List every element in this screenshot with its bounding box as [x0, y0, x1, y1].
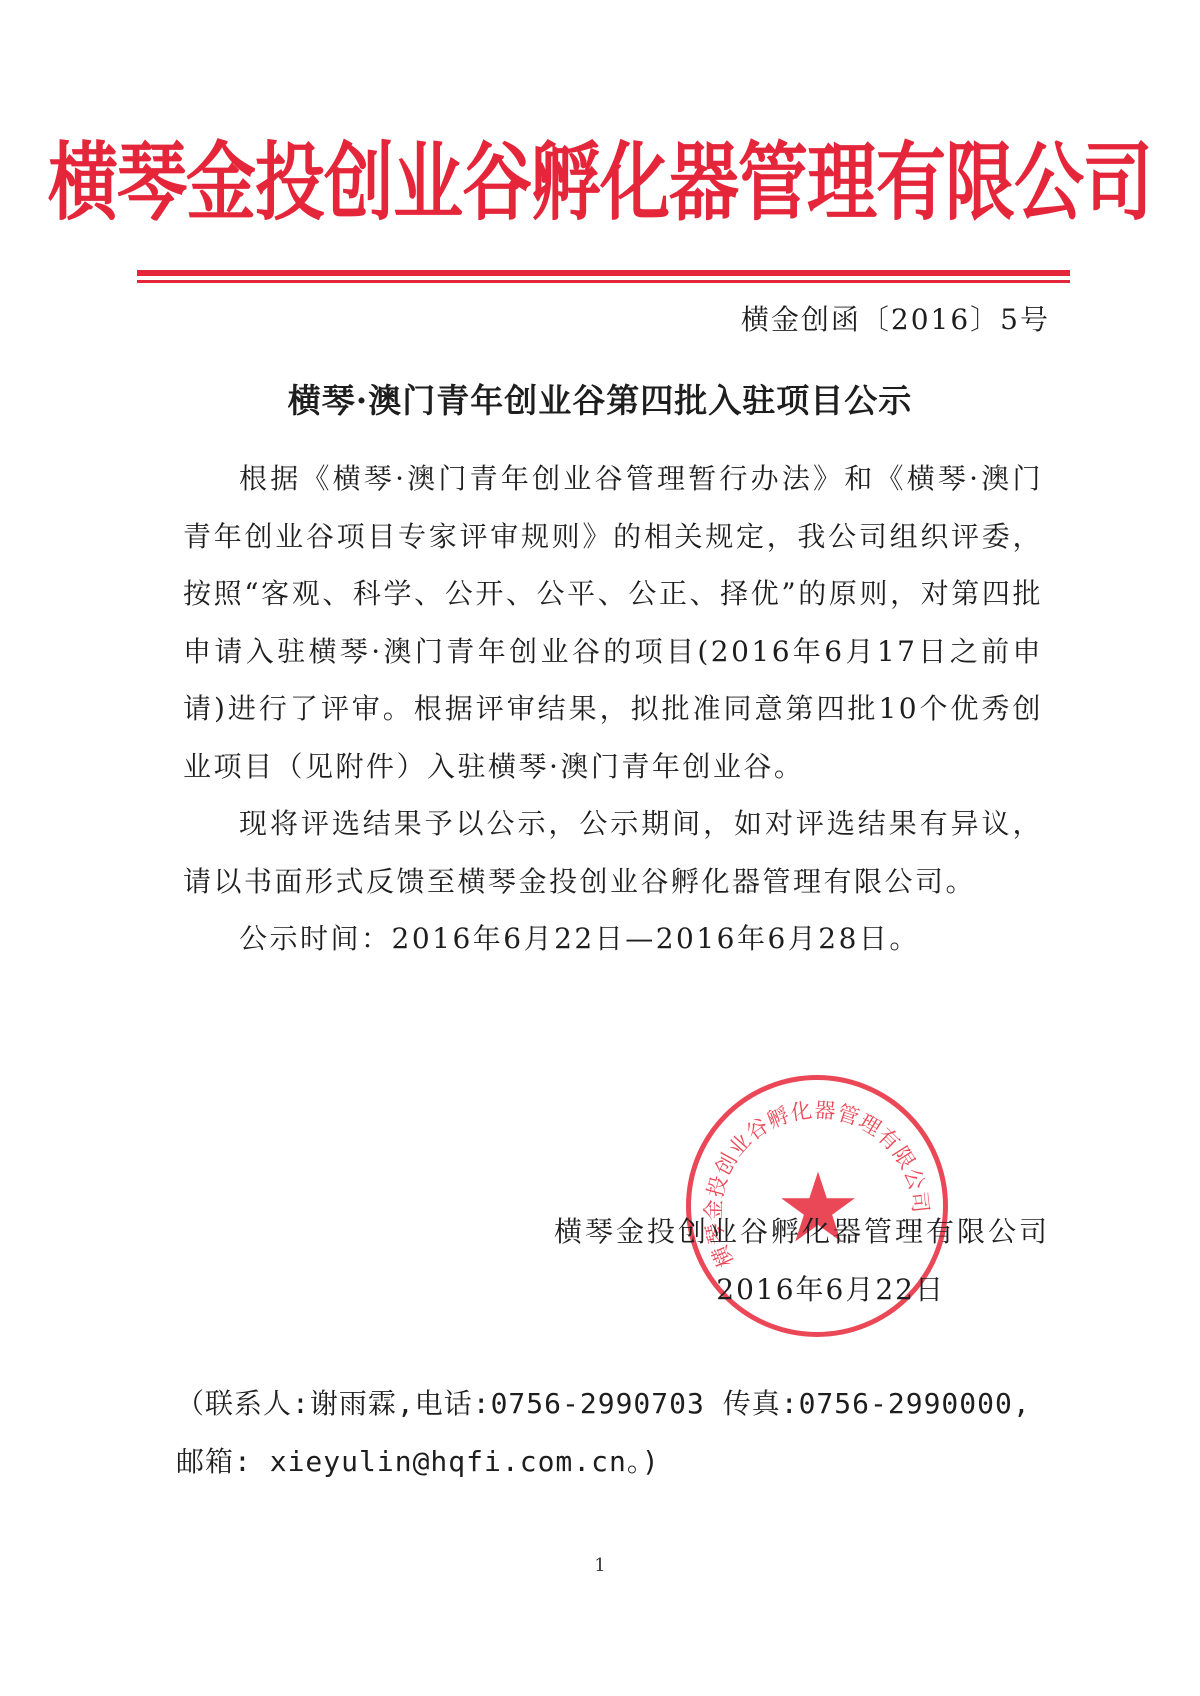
contact-line-email: 邮箱: xieyulin@hqfi.com.cn。) — [176, 1433, 1076, 1491]
body-paragraph: 现将评选结果予以公示，公示期间，如对评选结果有异议，请以书面形式反馈至横琴金投创… — [183, 795, 1043, 910]
body-paragraph: 公示时间：2016年6月22日—2016年6月28日。 — [183, 910, 1043, 968]
signature-date: 2016年6月22日 — [716, 1268, 945, 1308]
document-body: 根据《横琴·澳门青年创业谷管理暂行办法》和《横琴·澳门青年创业谷项目专家评审规则… — [183, 450, 1043, 968]
contact-info: （联系人:谢雨霖,电话:0756-2990703 传真:0756-2990000… — [176, 1375, 1076, 1491]
contact-line-phone: （联系人:谢雨霖,电话:0756-2990703 传真:0756-2990000… — [176, 1375, 1076, 1433]
body-paragraph: 根据《横琴·澳门青年创业谷管理暂行办法》和《横琴·澳门青年创业谷项目专家评审规则… — [183, 450, 1043, 795]
document-title: 横琴·澳门青年创业谷第四批入驻项目公示 — [0, 375, 1200, 422]
letterhead-org-name: 横琴金投创业谷孵化器管理有限公司 — [0, 140, 1200, 225]
signature-org: 横琴金投创业谷孵化器管理有限公司 — [554, 1210, 1050, 1250]
document-number: 横金创函〔2016〕5号 — [741, 298, 1050, 338]
letterhead-rule-thick — [137, 270, 1070, 276]
letterhead-rule-thin — [137, 280, 1070, 283]
page-number: 1 — [0, 1555, 1200, 1576]
